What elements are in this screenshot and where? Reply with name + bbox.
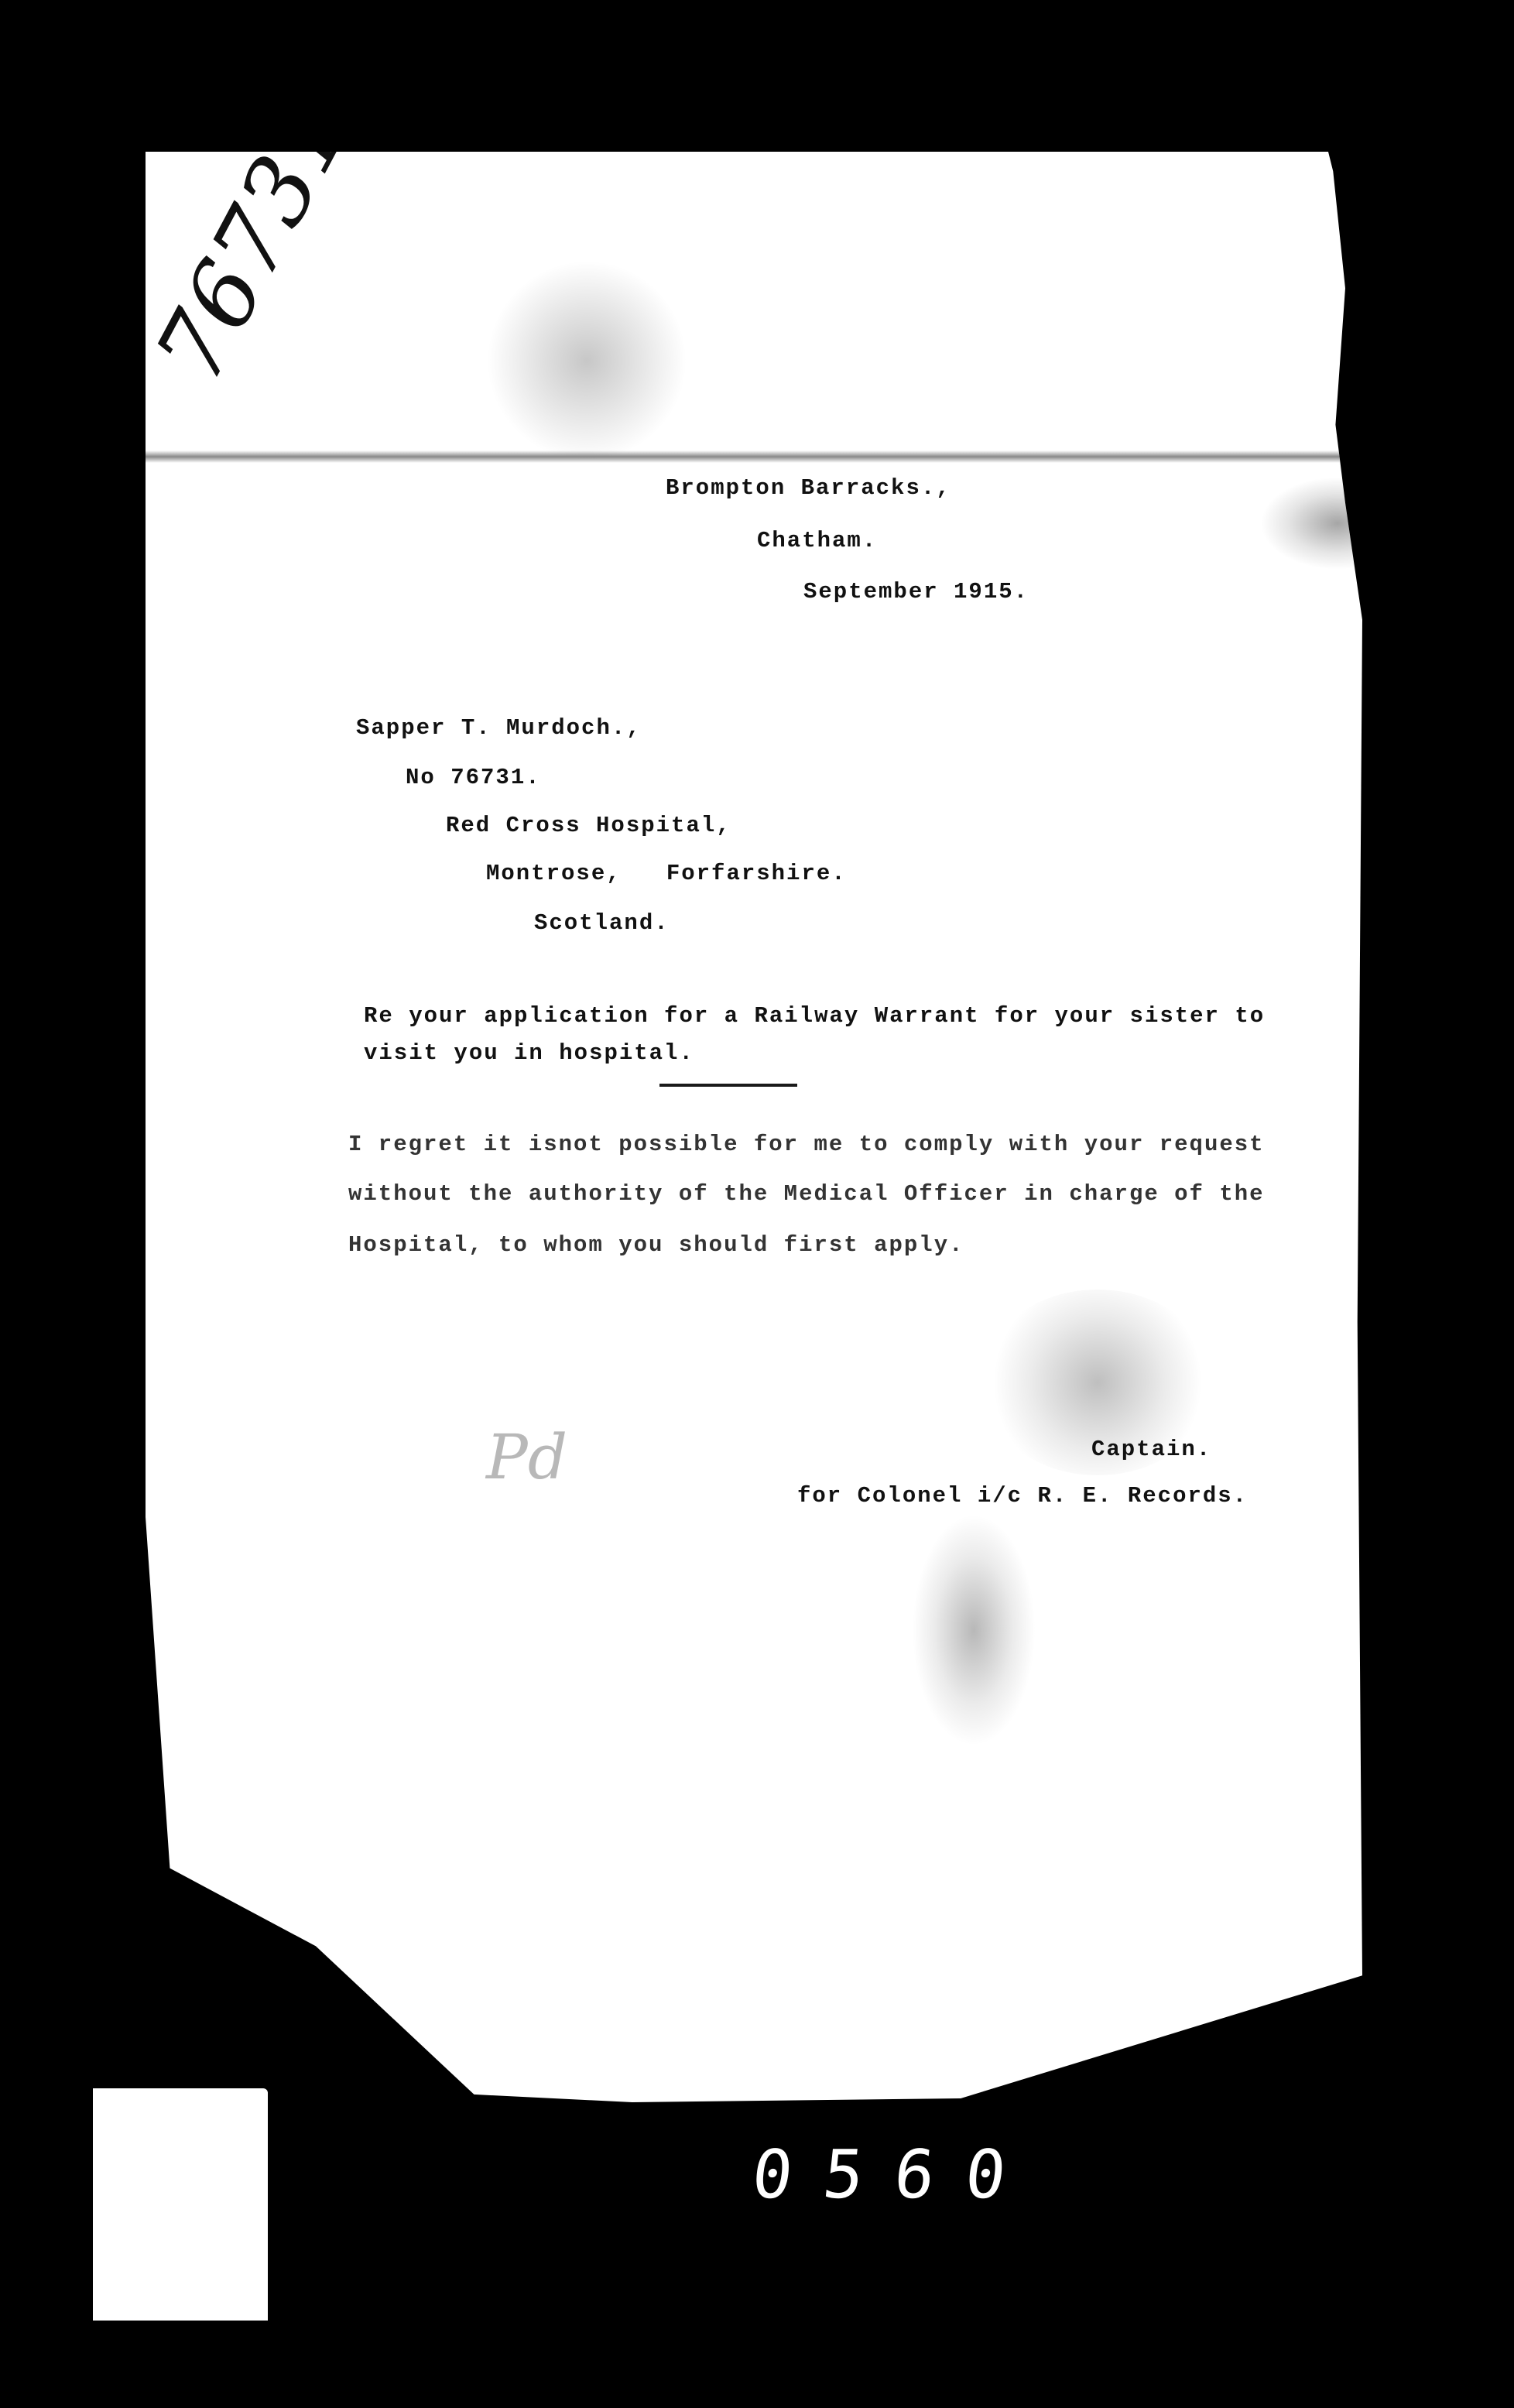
handwritten-service-number: 76731 [135,87,369,399]
addressee-institution: Red Cross Hospital, [446,813,731,838]
paper-fold [146,450,1362,463]
addressee-name: Sapper T. Murdoch., [356,715,642,741]
body-line-3: Hospital, to whom you should first apply… [348,1232,964,1258]
smudge-top [486,260,687,461]
letter-date: September 1915. [803,579,1029,605]
addressee-locality: Montrose, Forfarshire. [486,861,847,886]
pencil-mark: Pd [486,1421,567,1493]
letterhead-town: Chatham. [757,528,877,553]
smudge-signature-lower [912,1514,1036,1746]
archive-card [93,2088,268,2321]
addressee-country: Scotland. [534,910,670,936]
signatory-rank: Captain. [1091,1437,1211,1462]
body-line-2: without the authority of the Medical Off… [348,1181,1265,1207]
letterhead-place: Brompton Barracks., [666,475,951,501]
subject-line-2: visit you in hospital. [364,1040,694,1066]
smudge-right-edge [1260,477,1415,570]
addressee-number: No 76731. [406,765,541,790]
letter-page: 76731 Pd Brompton Barracks., Chatham. Se… [146,152,1362,2102]
signatory-on-behalf: for Colonel i/c R. E. Records. [797,1483,1248,1509]
body-line-1: I regret it isnot possible for me to com… [348,1132,1265,1157]
frame-counter: 0560 [748,2136,1041,2214]
subject-line-1: Re your application for a Railway Warran… [364,1003,1265,1029]
subject-underline [659,1084,797,1087]
